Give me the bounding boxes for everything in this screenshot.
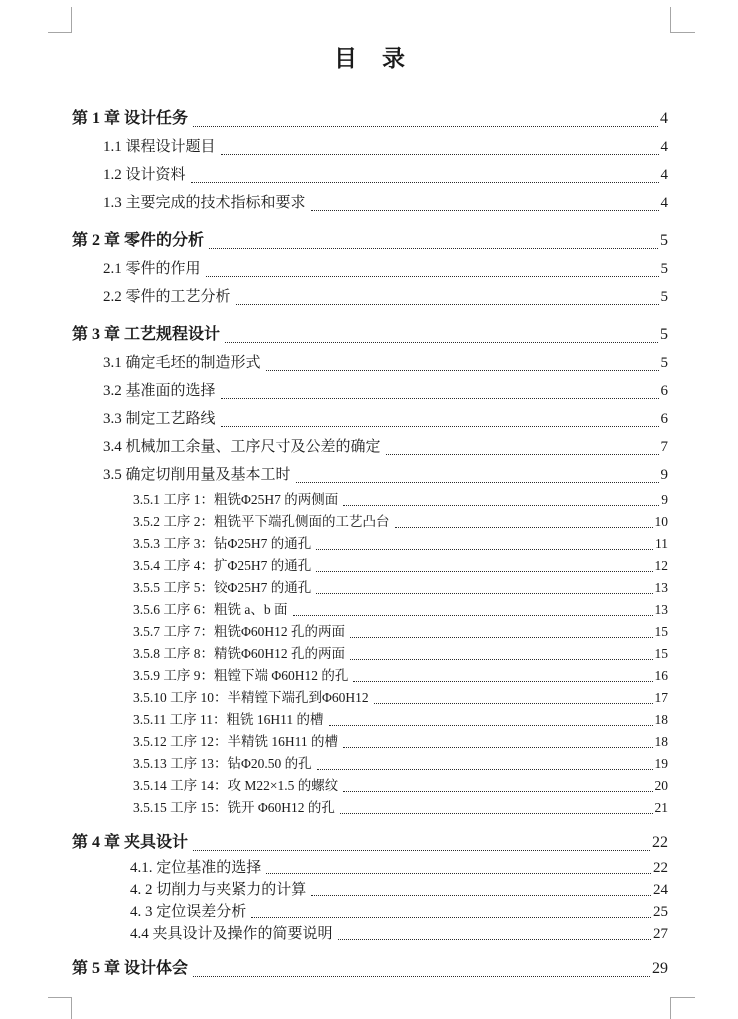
toc-entry-page-number: 6 — [661, 377, 669, 405]
toc-entry-label: 3.1 确定毛坯的制造形式 — [103, 349, 261, 377]
toc-entry-label: 2.1 零件的作用 — [103, 255, 201, 283]
toc-entry-label: 1.2 设计资料 — [103, 161, 186, 189]
toc-entry-label: 第 2 章 零件的分析 — [72, 227, 204, 255]
toc-entry[interactable]: 4. 2 切削力与夹紧力的计算24 — [72, 879, 668, 901]
dot-leader — [395, 527, 653, 528]
toc-entry-page-number: 4 — [661, 189, 669, 217]
toc-entry-label: 3.5.1 工序 1：粗铣Φ25H7 的两侧面 — [133, 489, 338, 511]
toc-entry[interactable]: 3.5.7 工序 7：粗铣Φ60H12 孔的两面15 — [72, 621, 668, 643]
toc-entry[interactable]: 第 3 章 工艺规程设计5 — [72, 321, 668, 349]
toc-entry-page-number: 19 — [655, 753, 669, 775]
toc-entry-page-number: 9 — [661, 489, 668, 511]
dot-leader — [343, 791, 652, 792]
dot-leader — [316, 571, 652, 572]
toc-entry-page-number: 12 — [655, 555, 669, 577]
toc-entry-page-number: 5 — [661, 283, 669, 311]
dot-leader — [193, 850, 650, 851]
toc-entry-label: 3.5.10 工序 10：半精镗下端孔到Φ60H12 — [133, 687, 369, 709]
toc-entry-page-number: 15 — [655, 621, 669, 643]
toc-entry-label: 2.2 零件的工艺分析 — [103, 283, 231, 311]
toc-entry-label: 3.5.14 工序 14：攻 M22×1.5 的螺纹 — [133, 775, 338, 797]
dot-leader — [340, 813, 653, 814]
toc-entry-page-number: 18 — [655, 731, 669, 753]
toc-entry-label: 3.5.3 工序 3：钻Φ25H7 的通孔 — [133, 533, 311, 555]
toc-entry[interactable]: 3.5.14 工序 14：攻 M22×1.5 的螺纹20 — [72, 775, 668, 797]
toc-entry-page-number: 10 — [655, 511, 669, 533]
toc-entry-label: 4. 2 切削力与夹紧力的计算 — [130, 879, 306, 901]
toc-entry-page-number: 21 — [655, 797, 669, 819]
dot-leader — [343, 505, 659, 506]
toc-entry[interactable]: 第 2 章 零件的分析5 — [72, 227, 668, 255]
document-page: 目 录 第 1 章 设计任务41.1 课程设计题目41.2 设计资料41.3 主… — [0, 0, 738, 1019]
crop-mark-top-left — [48, 7, 72, 33]
toc-entry[interactable]: 4.1. 定位基准的选择22 — [72, 857, 668, 879]
toc-entry-page-number: 7 — [661, 433, 669, 461]
crop-mark-bottom-left — [48, 997, 72, 1019]
toc-entry-label: 3.5 确定切削用量及基本工时 — [103, 461, 291, 489]
toc-entry-label: 3.5.6 工序 6：粗铣 a、b 面 — [133, 599, 288, 621]
toc-entry-label: 3.5.8 工序 8：精铣Φ60H12 孔的两面 — [133, 643, 345, 665]
toc-entry[interactable]: 3.5.8 工序 8：精铣Φ60H12 孔的两面15 — [72, 643, 668, 665]
toc-entry-label: 3.5.2 工序 2：粗铣平下端孔侧面的工艺凸台 — [133, 511, 390, 533]
dot-leader — [311, 895, 651, 896]
dot-leader — [374, 703, 653, 704]
toc-entry[interactable]: 1.2 设计资料4 — [72, 161, 668, 189]
toc-list: 第 1 章 设计任务41.1 课程设计题目41.2 设计资料41.3 主要完成的… — [72, 105, 668, 983]
dot-leader — [236, 304, 659, 305]
toc-entry[interactable]: 2.1 零件的作用5 — [72, 255, 668, 283]
toc-entry-label: 1.1 课程设计题目 — [103, 133, 216, 161]
dot-leader — [353, 681, 652, 682]
toc-entry-page-number: 5 — [660, 321, 668, 349]
toc-entry[interactable]: 第 4 章 夹具设计22 — [72, 829, 668, 857]
toc-entry-page-number: 16 — [655, 665, 669, 687]
toc-entry-page-number: 17 — [655, 687, 669, 709]
toc-entry-label: 3.5.15 工序 15：铣开 Φ60H12 的孔 — [133, 797, 335, 819]
toc-entry[interactable]: 3.5.4 工序 4：扩Φ25H7 的通孔12 — [72, 555, 668, 577]
dot-leader — [193, 976, 650, 977]
toc-entry[interactable]: 3.5.1 工序 1：粗铣Φ25H7 的两侧面9 — [72, 489, 668, 511]
toc-entry[interactable]: 3.5.3 工序 3：钻Φ25H7 的通孔11 — [72, 533, 668, 555]
toc-entry[interactable]: 3.5.13 工序 13：钻Φ20.50 的孔19 — [72, 753, 668, 775]
dot-leader — [316, 549, 653, 550]
dot-leader — [221, 398, 659, 399]
toc-entry-label: 1.3 主要完成的技术指标和要求 — [103, 189, 306, 217]
toc-entry[interactable]: 4.4 夹具设计及操作的简要说明27 — [72, 923, 668, 945]
dot-leader — [338, 939, 651, 940]
dot-leader — [266, 873, 651, 874]
toc-entry-page-number: 22 — [652, 829, 668, 857]
toc-entry[interactable]: 3.5.5 工序 5：铰Φ25H7 的通孔13 — [72, 577, 668, 599]
crop-mark-bottom-right — [670, 997, 695, 1019]
toc-entry[interactable]: 3.2 基准面的选择6 — [72, 377, 668, 405]
toc-entry[interactable]: 1.1 课程设计题目4 — [72, 133, 668, 161]
dot-leader — [251, 917, 651, 918]
crop-mark-top-right — [670, 7, 695, 33]
toc-entry-label: 3.5.5 工序 5：铰Φ25H7 的通孔 — [133, 577, 311, 599]
toc-entry-page-number: 13 — [655, 577, 669, 599]
toc-entry-label: 第 5 章 设计体会 — [72, 955, 188, 983]
dot-leader — [191, 182, 659, 183]
toc-entry[interactable]: 3.4 机械加工余量、工序尺寸及公差的确定7 — [72, 433, 668, 461]
toc-entry-label: 4.4 夹具设计及操作的简要说明 — [130, 923, 333, 945]
dot-leader — [296, 482, 659, 483]
toc-entry[interactable]: 3.5.12 工序 12：半精铣 16H11 的槽18 — [72, 731, 668, 753]
toc-entry-label: 第 4 章 夹具设计 — [72, 829, 188, 857]
dot-leader — [221, 154, 659, 155]
toc-entry[interactable]: 2.2 零件的工艺分析5 — [72, 283, 668, 311]
toc-entry-page-number: 18 — [655, 709, 669, 731]
toc-entry[interactable]: 1.3 主要完成的技术指标和要求4 — [72, 189, 668, 217]
dot-leader — [206, 276, 659, 277]
toc-entry-page-number: 9 — [661, 461, 669, 489]
toc-entry[interactable]: 3.5.11 工序 11：粗铣 16H11 的槽18 — [72, 709, 668, 731]
toc-entry-page-number: 5 — [661, 349, 669, 377]
toc-entry-label: 3.2 基准面的选择 — [103, 377, 216, 405]
toc-entry-page-number: 15 — [655, 643, 669, 665]
dot-leader — [266, 370, 659, 371]
toc-entry-label: 3.3 制定工艺路线 — [103, 405, 216, 433]
toc-entry[interactable]: 3.5 确定切削用量及基本工时9 — [72, 461, 668, 489]
dot-leader — [329, 725, 653, 726]
toc-content: 目 录 第 1 章 设计任务41.1 课程设计题目41.2 设计资料41.3 主… — [72, 0, 668, 983]
toc-entry-label: 3.4 机械加工余量、工序尺寸及公差的确定 — [103, 433, 381, 461]
toc-entry-page-number: 24 — [653, 879, 668, 901]
toc-entry-label: 3.5.9 工序 9：粗镗下端 Φ60H12 的孔 — [133, 665, 348, 687]
page-title: 目 录 — [72, 44, 668, 74]
toc-entry-label: 第 3 章 工艺规程设计 — [72, 321, 220, 349]
toc-entry-page-number: 4 — [660, 105, 668, 133]
toc-entry-page-number: 5 — [661, 255, 669, 283]
dot-leader — [221, 426, 659, 427]
dot-leader — [225, 342, 658, 343]
toc-entry-page-number: 25 — [653, 901, 668, 923]
dot-leader — [311, 210, 659, 211]
toc-entry-page-number: 22 — [653, 857, 668, 879]
toc-entry[interactable]: 3.3 制定工艺路线6 — [72, 405, 668, 433]
toc-entry[interactable]: 3.5.10 工序 10：半精镗下端孔到Φ60H1217 — [72, 687, 668, 709]
toc-entry-page-number: 13 — [655, 599, 669, 621]
toc-entry-label: 4. 3 定位误差分析 — [130, 901, 246, 923]
toc-entry[interactable]: 第 5 章 设计体会29 — [72, 955, 668, 983]
toc-entry-page-number: 5 — [660, 227, 668, 255]
dot-leader — [350, 637, 653, 638]
toc-entry-page-number: 20 — [655, 775, 669, 797]
toc-entry-label: 3.5.7 工序 7：粗铣Φ60H12 孔的两面 — [133, 621, 345, 643]
dot-leader — [317, 769, 653, 770]
dot-leader — [316, 593, 652, 594]
toc-entry-page-number: 4 — [661, 161, 669, 189]
toc-entry-label: 第 1 章 设计任务 — [72, 105, 188, 133]
dot-leader — [293, 615, 653, 616]
dot-leader — [350, 659, 653, 660]
toc-entry[interactable]: 4. 3 定位误差分析25 — [72, 901, 668, 923]
toc-entry[interactable]: 3.5.6 工序 6：粗铣 a、b 面13 — [72, 599, 668, 621]
toc-entry-label: 3.5.13 工序 13：钻Φ20.50 的孔 — [133, 753, 312, 775]
toc-entry[interactable]: 第 1 章 设计任务4 — [72, 105, 668, 133]
toc-entry-label: 4.1. 定位基准的选择 — [130, 857, 261, 879]
toc-entry-page-number: 29 — [652, 955, 668, 983]
toc-entry-page-number: 6 — [661, 405, 669, 433]
dot-leader — [209, 248, 658, 249]
toc-entry[interactable]: 3.5.2 工序 2：粗铣平下端孔侧面的工艺凸台10 — [72, 511, 668, 533]
dot-leader — [386, 454, 659, 455]
dot-leader — [193, 126, 658, 127]
toc-entry[interactable]: 3.1 确定毛坯的制造形式5 — [72, 349, 668, 377]
toc-entry-label: 3.5.11 工序 11：粗铣 16H11 的槽 — [133, 709, 324, 731]
toc-entry-label: 3.5.12 工序 12：半精铣 16H11 的槽 — [133, 731, 338, 753]
toc-entry-page-number: 4 — [661, 133, 669, 161]
toc-entry-page-number: 11 — [655, 533, 668, 555]
toc-entry[interactable]: 3.5.9 工序 9：粗镗下端 Φ60H12 的孔16 — [72, 665, 668, 687]
toc-entry-page-number: 27 — [653, 923, 668, 945]
toc-entry[interactable]: 3.5.15 工序 15：铣开 Φ60H12 的孔21 — [72, 797, 668, 819]
dot-leader — [343, 747, 653, 748]
toc-entry-label: 3.5.4 工序 4：扩Φ25H7 的通孔 — [133, 555, 311, 577]
